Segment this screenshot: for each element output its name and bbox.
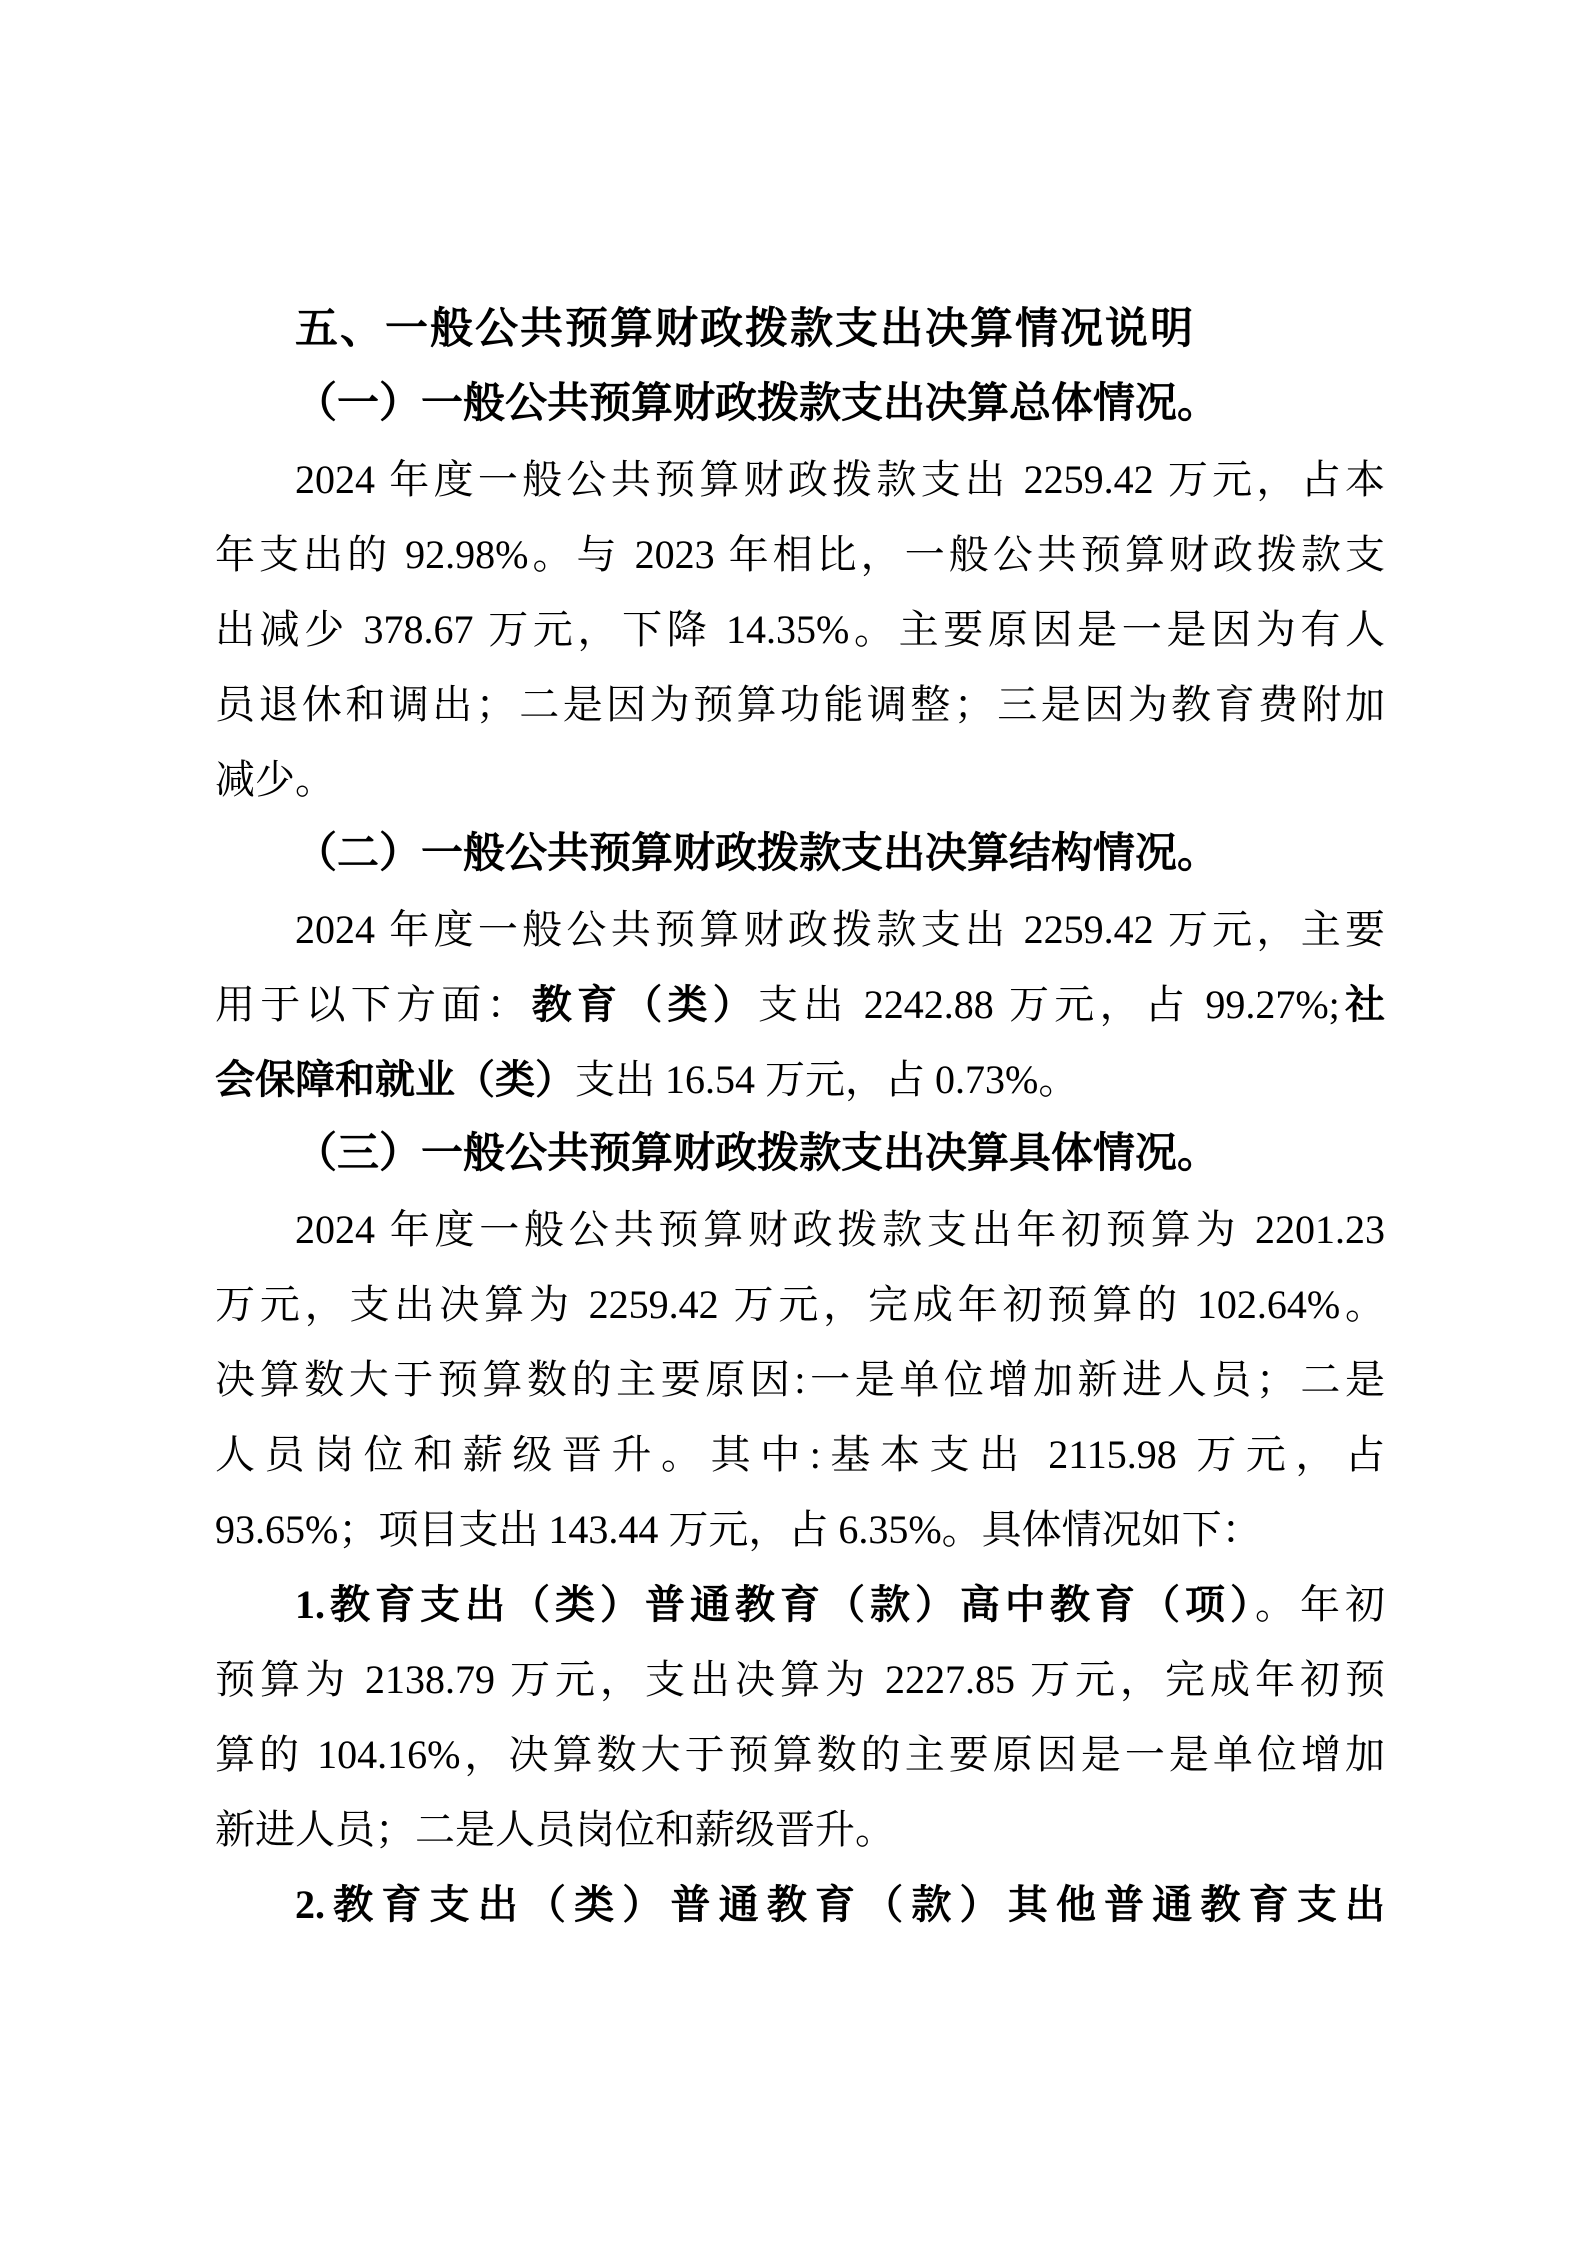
- paragraph-line: 93.65%；项目支出 143.44 万元，占 6.35%。具体情况如下：: [215, 1492, 1385, 1567]
- paragraph-line: 新进人员；二是人员岗位和薪级晋升。: [215, 1792, 1385, 1867]
- text-run: 用于以下方面：: [215, 982, 532, 1027]
- text-run: 出减少 378.67 万元，下降 14.35%。主要原因是一是因为有人: [215, 607, 1385, 652]
- text-run: 支出 16.54 万元，占 0.73%。: [575, 1057, 1078, 1102]
- text-run: （一）一般公共预算财政拨款支出决算总体情况。: [295, 381, 1219, 427]
- text-run: 93.65%；项目支出 143.44 万元，占 6.35%。具体情况如下：: [215, 1507, 1262, 1552]
- paragraph-line: 年支出的 92.98%。与 2023 年相比，一般公共预算财政拨款支: [215, 517, 1385, 592]
- text-run: 2.教育支出（类）普通教育（款）其他普通教育支出: [295, 1882, 1385, 1927]
- text-run: 算的 104.16%，决算数大于预算数的主要原因是一是单位增加: [215, 1732, 1385, 1777]
- text-run: 支出 2242.88 万元，占 99.27%;: [758, 982, 1340, 1027]
- text-block: 五、一般公共预算财政拨款支出决算情况说明（一）一般公共预算财政拨款支出决算总体情…: [215, 292, 1385, 1942]
- text-run: 教育（类）: [532, 982, 758, 1027]
- subsection-heading-2: （二）一般公共预算财政拨款支出决算结构情况。: [215, 817, 1385, 892]
- text-run: 1.教育支出（类）普通教育（款）高中教育（项）: [295, 1582, 1255, 1627]
- paragraph-line: 预算为 2138.79 万元，支出决算为 2227.85 万元，完成年初预: [215, 1642, 1385, 1717]
- item-1-heading-line: 1.教育支出（类）普通教育（款）高中教育（项）。年初: [215, 1567, 1385, 1642]
- paragraph-line: 2024 年度一般公共预算财政拨款支出 2259.42 万元，主要: [215, 892, 1385, 967]
- paragraph-line: 会保障和就业（类）支出 16.54 万元，占 0.73%。: [215, 1042, 1385, 1117]
- text-run: 预算为 2138.79 万元，支出决算为 2227.85 万元，完成年初预: [215, 1657, 1385, 1702]
- text-run: 员退休和调出；二是因为预算功能调整；三是因为教育费附加: [215, 682, 1385, 727]
- text-run: （三）一般公共预算财政拨款支出决算具体情况。: [295, 1131, 1219, 1177]
- text-run: 社: [1340, 982, 1385, 1027]
- paragraph-line: 算的 104.16%，决算数大于预算数的主要原因是一是单位增加: [215, 1717, 1385, 1792]
- paragraph-line: 出减少 378.67 万元，下降 14.35%。主要原因是一是因为有人: [215, 592, 1385, 667]
- text-run: 人员岗位和薪级晋升。其中:基本支出 2115.98 万元，占: [215, 1432, 1385, 1477]
- paragraph-line: 员退休和调出；二是因为预算功能调整；三是因为教育费附加: [215, 667, 1385, 742]
- text-run: 会保障和就业（类）: [215, 1057, 575, 1102]
- paragraph-line: 决算数大于预算数的主要原因:一是单位增加新进人员；二是: [215, 1342, 1385, 1417]
- text-run: 五、一般公共预算财政拨款支出决算情况说明: [295, 305, 1195, 353]
- text-run: 2024 年度一般公共预算财政拨款支出 2259.42 万元，占本: [295, 457, 1385, 502]
- text-run: （二）一般公共预算财政拨款支出决算结构情况。: [295, 831, 1219, 877]
- text-run: 2024 年度一般公共预算财政拨款支出年初预算为 2201.23: [295, 1207, 1385, 1252]
- text-run: 年支出的 92.98%。与 2023 年相比，一般公共预算财政拨款支: [215, 532, 1385, 577]
- paragraph-line: 用于以下方面：教育（类）支出 2242.88 万元，占 99.27%;社: [215, 967, 1385, 1042]
- paragraph-line: 人员岗位和薪级晋升。其中:基本支出 2115.98 万元，占: [215, 1417, 1385, 1492]
- text-run: 万元，支出决算为 2259.42 万元，完成年初预算的 102.64%。: [215, 1282, 1385, 1327]
- paragraph-line: 2024 年度一般公共预算财政拨款支出年初预算为 2201.23: [215, 1192, 1385, 1267]
- subsection-heading-1: （一）一般公共预算财政拨款支出决算总体情况。: [215, 367, 1385, 442]
- subsection-heading-3: （三）一般公共预算财政拨款支出决算具体情况。: [215, 1117, 1385, 1192]
- paragraph-line: 2024 年度一般公共预算财政拨款支出 2259.42 万元，占本: [215, 442, 1385, 517]
- text-run: 减少。: [215, 757, 335, 802]
- paragraph-line: 减少。: [215, 742, 1385, 817]
- text-run: 2024 年度一般公共预算财政拨款支出 2259.42 万元，主要: [295, 907, 1385, 952]
- text-run: 。年初: [1255, 1582, 1385, 1627]
- document-page: 五、一般公共预算财政拨款支出决算情况说明（一）一般公共预算财政拨款支出决算总体情…: [0, 0, 1587, 2245]
- section-heading-5: 五、一般公共预算财政拨款支出决算情况说明: [215, 292, 1385, 367]
- paragraph-line: 万元，支出决算为 2259.42 万元，完成年初预算的 102.64%。: [215, 1267, 1385, 1342]
- item-2-heading-line: 2.教育支出（类）普通教育（款）其他普通教育支出: [215, 1867, 1385, 1942]
- text-run: 新进人员；二是人员岗位和薪级晋升。: [215, 1807, 895, 1852]
- text-run: 决算数大于预算数的主要原因:一是单位增加新进人员；二是: [215, 1357, 1385, 1402]
